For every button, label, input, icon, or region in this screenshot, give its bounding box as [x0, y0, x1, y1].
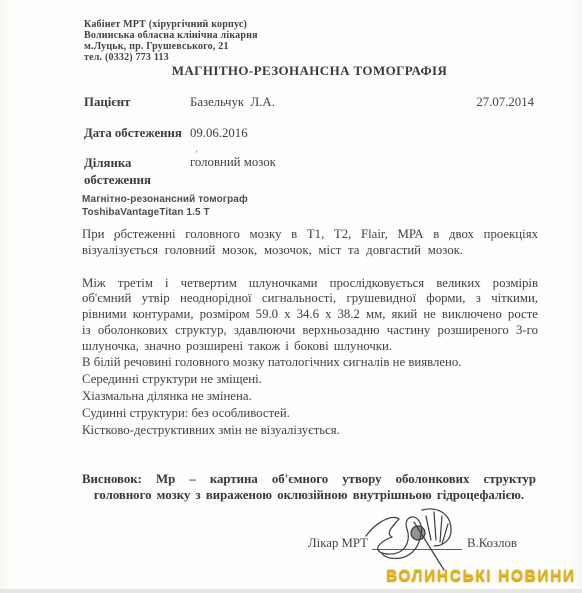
report-body: При обстеженні головного мозку в Т1, Т2,… — [82, 227, 538, 438]
news-watermark: ВОЛИНСЬКІ НОВИНИ — [386, 568, 576, 586]
print-date: 27.07.2014 — [476, 95, 534, 110]
report-paragraph: При обстеженні головного мозку в Т1, Т2,… — [82, 227, 538, 259]
doctor-name: В.Козлов — [467, 536, 517, 551]
finding-line: Судинні структури: без особливостей. — [82, 406, 538, 422]
clinic-header: Кабінет МРТ (хірургічний корпус) Волинсь… — [84, 20, 258, 64]
handwritten-signature — [352, 496, 472, 574]
scan-artifact: ' — [196, 149, 198, 159]
scanner-type: Магнітно-резонансний томограф — [82, 193, 248, 206]
exam-area-label: Ділянка обстеження — [84, 155, 162, 188]
report-paragraph: В білій речовині головного мозку патолог… — [82, 355, 538, 371]
scanner-info: Магнітно-резонансний томограф ToshibaVan… — [82, 193, 248, 219]
scan-edge — [0, 589, 582, 593]
scanner-model: ToshibaVantageTitan 1.5 T — [82, 206, 248, 219]
report-paragraph: Між третім і четвертим шлуночками прослі… — [82, 276, 538, 355]
finding-line: Кістково-деструктивних змін не візуалізу… — [82, 423, 538, 439]
scanned-mri-report: Кабінет МРТ (хірургічний корпус) Волинсь… — [0, 0, 582, 593]
patient-name: Базельчук Л.А. — [190, 95, 275, 110]
scan-artifact — [114, 238, 116, 241]
exam-date-label: Дата обстеження — [84, 126, 182, 141]
finding-line: Серединні структури не зміщені. — [82, 372, 538, 388]
exam-area-value: головний мозок — [190, 155, 276, 170]
patient-label: Пацієнт — [84, 95, 130, 110]
finding-line: Хіазмальна ділянка не змінена. — [82, 389, 538, 405]
clinic-line: тел. (0332) 773 113 — [84, 53, 258, 64]
page-title: МАГНІТНО-РЕЗОНАНСНА ТОМОГРАФІЯ — [82, 63, 537, 79]
exam-date-value: 09.06.2016 — [190, 126, 248, 141]
